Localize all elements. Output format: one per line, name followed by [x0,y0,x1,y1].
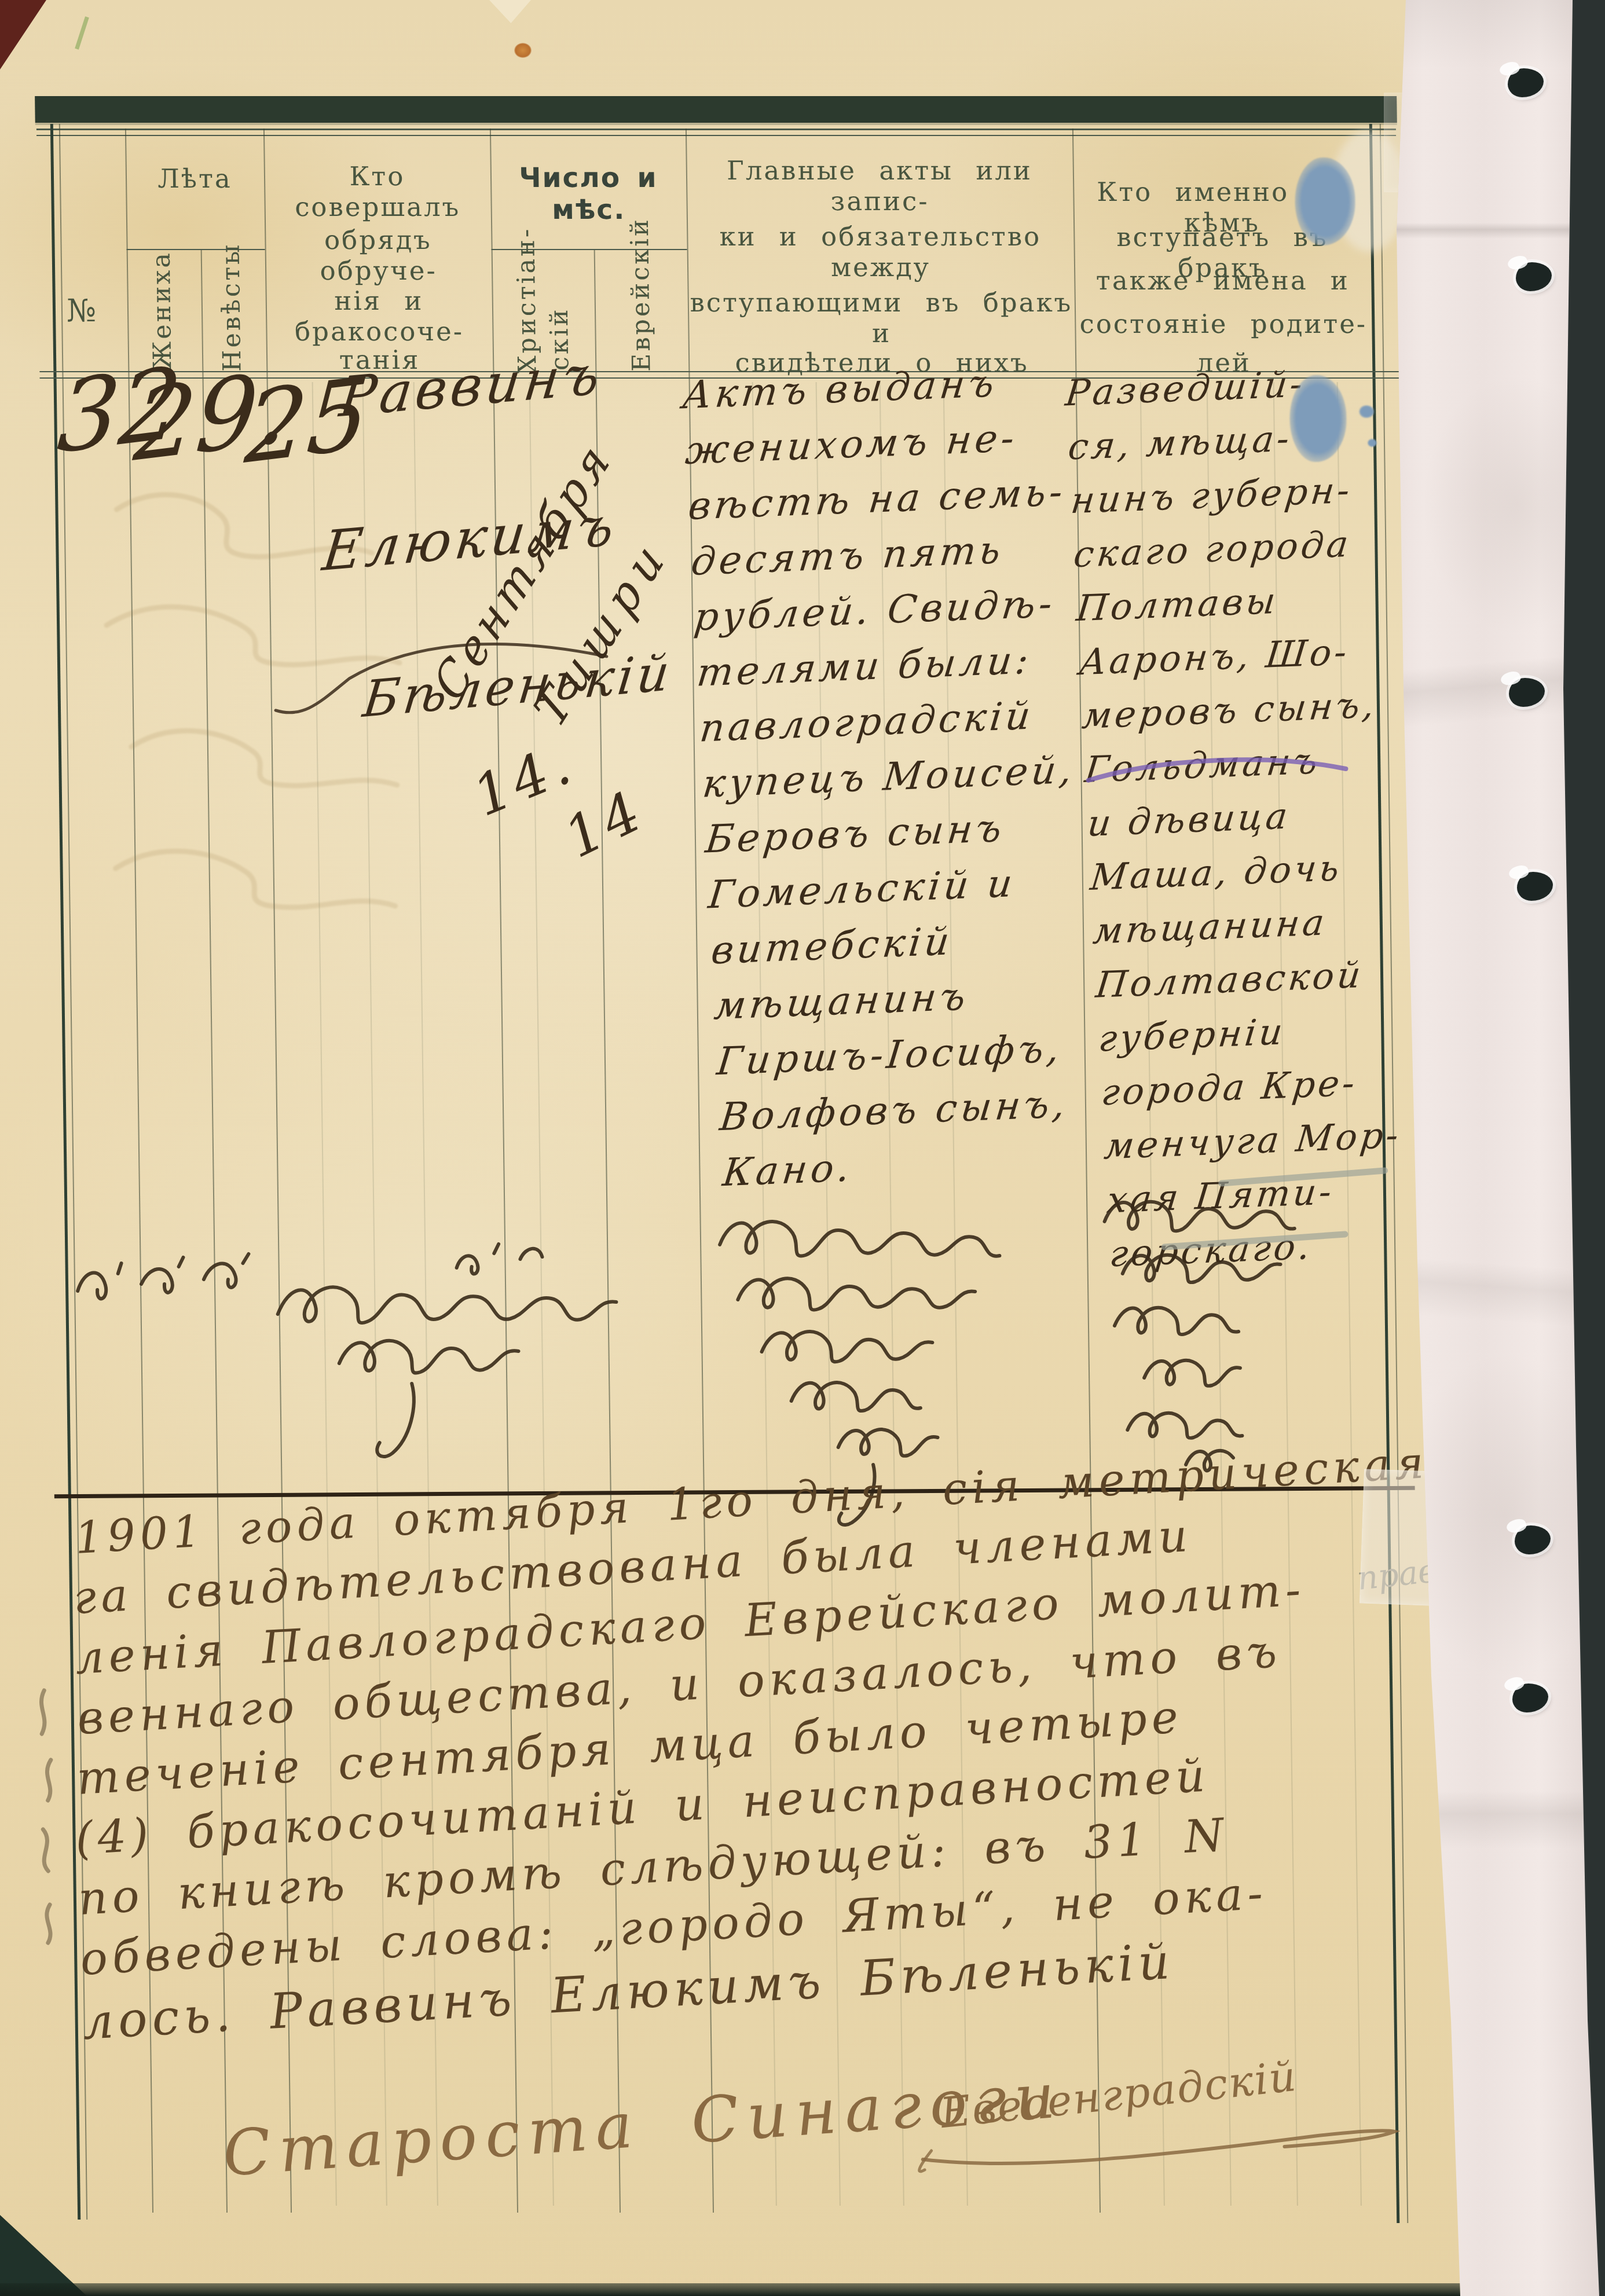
ink-speck [1368,439,1377,447]
header-no: № [67,292,98,329]
header-jewish: Еврейскій [626,256,657,372]
ink-speck [1359,405,1374,418]
hebrew-handwriting-left [71,1239,270,1355]
hebrew-handwriting-acts [702,1193,1088,1482]
entry-acts-text: Актъ выданъженихомъ не- вѣстѣ на семь-де… [681,353,1101,1201]
header-date-title: Число и мѣс. [490,162,687,226]
hebrew-handwriting-center [265,1198,684,1442]
rule-line [36,135,1396,136]
header-leta: Лѣта [126,163,265,194]
rule-line [36,129,1396,130]
page-bottom-shadow [0,2283,1605,2296]
metrical-book-page: № Лѣта Жениха Невѣсты Кто совершалъ обря… [0,0,1466,2296]
ledger-table: № Лѣта Жениха Невѣсты Кто совершалъ обря… [0,0,1496,2296]
purple-underline [1082,753,1355,793]
header-acts-line: Главные акты или запис- [686,155,1073,217]
header-officiant-line: Кто совершалъ [264,161,491,222]
header-officiant-line: обрядъ обруче- [265,225,492,286]
margin-ghost-marks [27,1679,71,1957]
bleed-through-ghost [93,475,459,996]
table-top-rule [35,96,1397,123]
scanned-archive-image: { "document": { "kind": "Метрическая кни… [0,0,1605,2296]
header-acts-line: ки и обязательство между [687,221,1074,283]
entry-who-text: Разведшій-ся, мѣща- нинъ губерн-скаго го… [1064,355,1408,1281]
header-who-line: также имена и [1074,265,1372,296]
header-officiant-line: нія и бракосоче- [265,285,492,347]
header-bride: Невѣсты [217,256,247,372]
header-acts-line: вступающими въ бракъ и [687,287,1075,349]
signature-flourish [913,2078,1406,2177]
hebrew-handwriting-who [1090,1175,1395,1482]
header-who-line: состояніе родите- [1075,309,1372,339]
